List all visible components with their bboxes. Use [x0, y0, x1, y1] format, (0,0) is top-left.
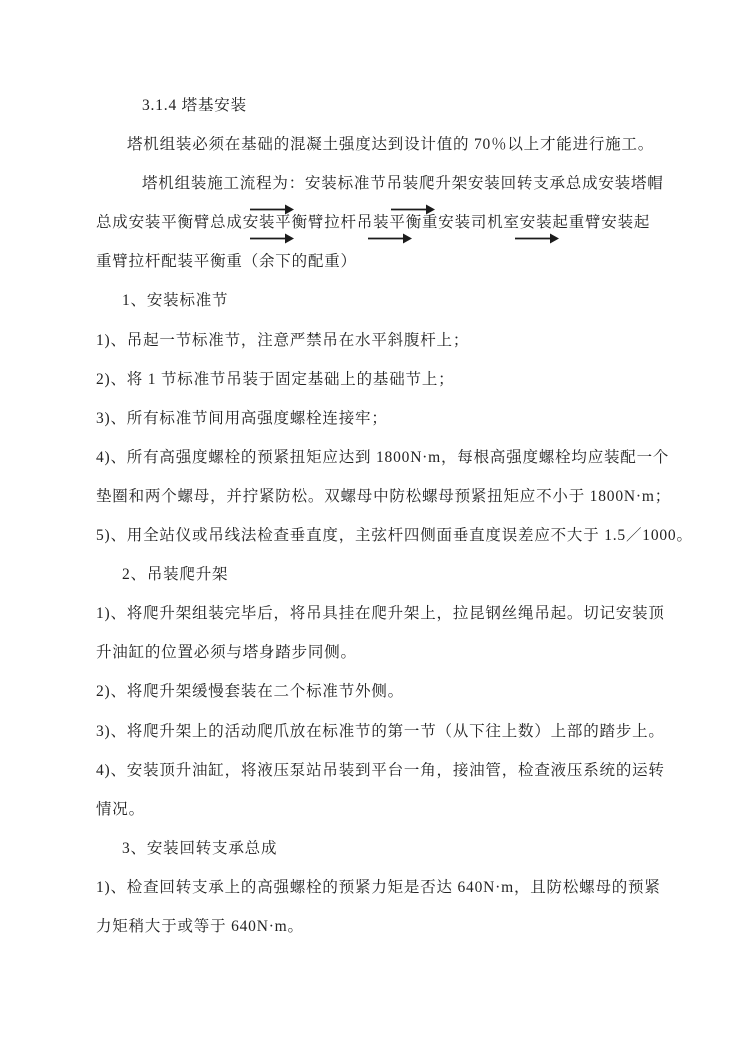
- section-2-item-line: 3)、将爬升架上的活动爬爪放在标准节的第一节（从下往上数）上部的踏步上。: [96, 712, 656, 751]
- section-3-item-line: 力矩稍大于或等于 640N·m。: [96, 907, 656, 946]
- section-1-item-line: 3)、所有标准节间用高强度螺栓连接牢；: [96, 399, 656, 438]
- flow-paragraph-line-3: 重臂拉杆配装平衡重（余下的配重）: [96, 242, 656, 281]
- section-3-title: 3、安装回转支承总成: [96, 829, 656, 868]
- section-2-item-line: 情况。: [96, 790, 656, 829]
- section-2-item-line: 1)、将爬升架组装完毕后，将吊具挂在爬升架上，拉昆钢丝绳吊起。切记安装顶: [96, 594, 656, 633]
- flow-arrow-icon: [250, 203, 294, 216]
- section-2-item-line: 升油缸的位置必须与塔身踏步同侧。: [96, 633, 656, 672]
- document-content: 3.1.4 塔基安装 塔机组装必须在基础的混凝土强度达到设计值的 70％以上才能…: [96, 86, 656, 946]
- flow-arrow-icon: [515, 232, 559, 245]
- document-page: 3.1.4 塔基安装 塔机组装必须在基础的混凝土强度达到设计值的 70％以上才能…: [0, 0, 744, 1052]
- flow-paragraph-line-1: 塔机组装施工流程为：安装标准节吊装爬升架安装回转支承总成安装塔帽: [96, 164, 656, 203]
- section-3-item-line: 1)、检查回转支承上的高强螺栓的预紧力矩是否达 640N·m，且防松螺母的预紧: [96, 868, 656, 907]
- flow-arrow-icon: [368, 232, 412, 245]
- intro-paragraph: 塔机组装必须在基础的混凝土强度达到设计值的 70％以上才能进行施工。: [96, 125, 656, 164]
- section-2-title: 2、吊装爬升架: [96, 555, 656, 594]
- section-2-item-line: 4)、安装顶升油缸，将液压泵站吊装到平台一角，接油管，检查液压系统的运转: [96, 751, 656, 790]
- flow-arrow-icon: [250, 232, 294, 245]
- section-1-item-line: 垫圈和两个螺母，并拧紧防松。双螺母中防松螺母预紧扭矩应不小于 1800N·m；: [96, 477, 656, 516]
- flow-arrow-icon: [391, 203, 435, 216]
- section-1-title: 1、安装标准节: [96, 281, 656, 320]
- section-heading: 3.1.4 塔基安装: [96, 86, 656, 125]
- section-1-item-line: 5)、用全站仪或吊线法检查垂直度，主弦杆四侧面垂直度误差应不大于 1.5／100…: [96, 516, 656, 555]
- section-1-item-line: 2)、将 1 节标准节吊装于固定基础上的基础节上；: [96, 360, 656, 399]
- section-1-item-line: 1)、吊起一节标准节，注意严禁吊在水平斜腹杆上；: [96, 321, 656, 360]
- section-2-item-line: 2)、将爬升架缓慢套装在二个标准节外侧。: [96, 672, 656, 711]
- section-1-item-line: 4)、所有高强度螺栓的预紧扭矩应达到 1800N·m，每根高强度螺栓均应装配一个: [96, 438, 656, 477]
